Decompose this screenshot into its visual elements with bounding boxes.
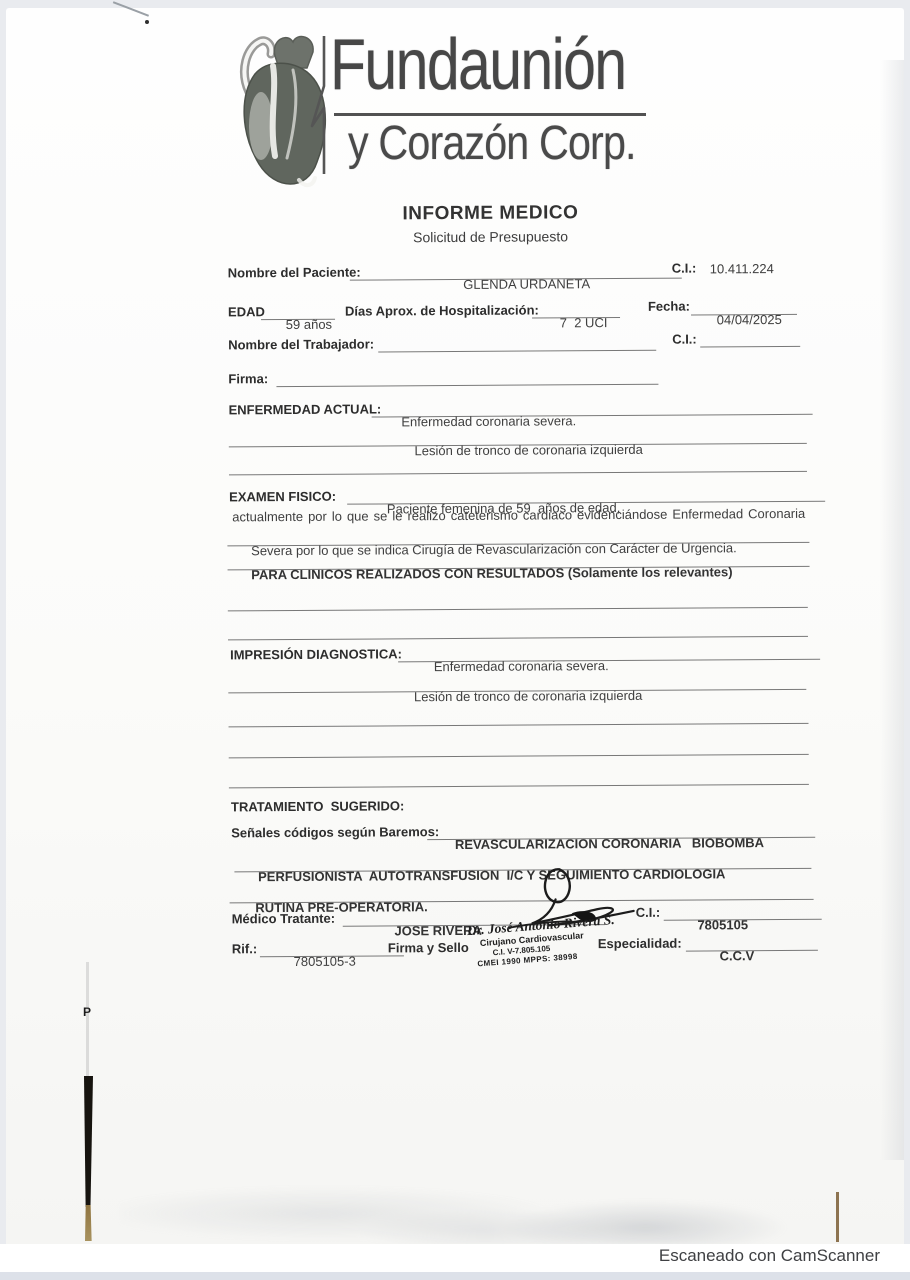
doctor-stamp: Dr. José Antonio Rivera S. Cirujano Card… — [466, 912, 617, 969]
dias-field: 7 2 UCI — [532, 300, 620, 319]
para-clinicos-field: PARA CLINICOS REALIZADOS CON RESULTADOS … — [227, 549, 809, 571]
enfermedad-blank-line — [229, 454, 807, 476]
rif-value: 7805105-3 — [294, 954, 356, 969]
worker-name-label: Nombre del Trabajador: — [228, 336, 374, 352]
examen-label: EXAMEN FISICO: — [229, 489, 336, 505]
firma-label: Firma: — [228, 371, 268, 386]
worker-ci-field — [700, 329, 800, 348]
examen-paragraph-line2: actualmente por lo que se le realizo cat… — [232, 506, 805, 524]
medico-label: Médico Tratante: — [232, 911, 335, 927]
fecha-field: 04/04/2025 — [691, 297, 797, 316]
impresion-value-2: Lesión de tronco de coronaria izquierda — [414, 688, 642, 704]
senales-label: Señales códigos según Baremos: — [231, 824, 439, 840]
para-clinicos-label: PARA CLINICOS REALIZADOS CON RESULTADOS … — [251, 564, 732, 582]
impresion-label: IMPRESIÓN DIAGNOSTICA: — [230, 646, 402, 662]
patient-name-label: Nombre del Paciente: — [228, 265, 361, 281]
impresion-blank-3 — [229, 767, 809, 789]
enfermedad-field-2: Lesión de tronco de coronaria izquierda — [229, 426, 807, 448]
especialidad-value: C.C.V — [720, 948, 755, 963]
document-subtitle: Solicitud de Presupuesto — [290, 228, 690, 246]
scanned-document: P Fundaunión y Corazón Corp. INFORME MED… — [0, 0, 910, 1280]
edad-field: 59 años — [261, 302, 335, 320]
senales-field: REVASCULARIZACION CORONARIA BIOBOMBA — [427, 820, 815, 840]
patient-ci-label: C.I.: — [672, 261, 697, 276]
document-title: INFORME MEDICO — [290, 202, 690, 226]
worker-name-field — [378, 333, 656, 353]
rif-field: 7805105-3 — [260, 938, 404, 957]
bottom-strip — [0, 1272, 910, 1280]
dias-label: Días Aprox. de Hospitalización: — [345, 302, 539, 318]
impresion-value: Enfermedad coronaria severa. — [434, 658, 609, 674]
examen-paragraph-line3: Severa por lo que se indica Cirugía de R… — [227, 525, 809, 547]
worker-ci-label: C.I.: — [672, 332, 697, 347]
enfermedad-field: Enfermedad coronaria severa. — [372, 397, 813, 418]
impresion-blank-2 — [229, 737, 809, 759]
rif-label: Rif.: — [232, 941, 257, 956]
firma-sello-label: Firma y Sello — [388, 940, 469, 955]
edad-value: 59 años — [286, 317, 332, 332]
enfermedad-label: ENFERMEDAD ACTUAL: — [229, 401, 382, 417]
camscanner-watermark: Escaneado con CamScanner — [659, 1246, 880, 1266]
dias-value: 7 2 UCI — [560, 315, 608, 330]
patient-name-field: GLENDA URDANETA — [350, 261, 682, 281]
fecha-value: 04/04/2025 — [717, 312, 782, 327]
impresion-field: Enfermedad coronaria severa. — [398, 642, 820, 663]
firma-field — [276, 367, 658, 387]
fecha-label: Fecha: — [648, 299, 690, 314]
senales-value: REVASCULARIZACION CORONARIA BIOBOMBA — [455, 835, 764, 852]
tratamiento-line2-value: PERFUSIONISTA AUTOTRANSFUSION I/C Y SEGU… — [258, 866, 725, 884]
para-clinicos-blank-2 — [228, 619, 808, 641]
tratamiento-label: TRATAMIENTO SUGERIDO: — [231, 798, 404, 814]
edad-label: EDAD — [228, 304, 265, 319]
patient-name-value: GLENDA URDANETA — [463, 276, 590, 292]
medico-ci-value: 7805105 — [697, 917, 748, 932]
para-clinicos-blank-1 — [228, 590, 808, 612]
impresion-field-2: Lesión de tronco de coronaria izquierda — [228, 672, 806, 694]
impresion-blank-1 — [228, 706, 808, 728]
medico-ci-field: 7805105 — [664, 902, 822, 921]
examen-field: Paciente femenina de 59 años de edad, — [347, 484, 825, 505]
patient-ci-value: 10.411.224 — [710, 261, 774, 276]
especialidad-field: C.C.V — [686, 933, 818, 952]
